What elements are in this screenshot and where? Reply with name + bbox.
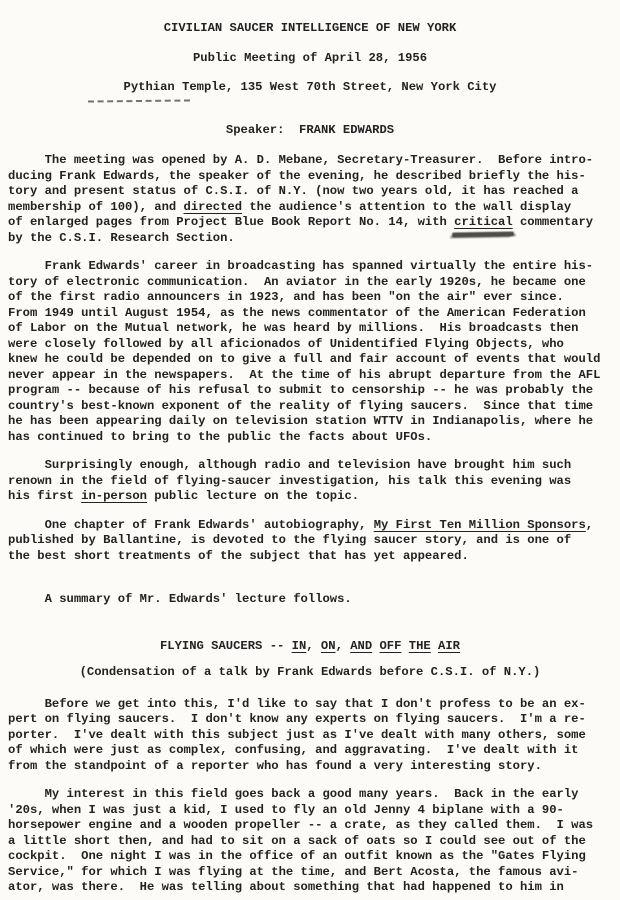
paragraph: Frank Edwards' career in broadcasting ha… [0, 259, 620, 445]
lecture-heading: FLYING SAUCERS -- IN, ON, AND OFF THE AI… [0, 639, 620, 655]
text-line: the best short treatments of the subject… [0, 549, 620, 565]
text-line: pert on flying saucers. I don't know any… [0, 712, 620, 728]
paragraph: Surprisingly enough, although radio and … [0, 458, 620, 505]
text-line: of the first radio announcers in 1923, a… [0, 290, 620, 306]
text-line: he has been appearing daily on televisio… [0, 414, 620, 430]
paragraph: Before we get into this, I'd like to say… [0, 697, 620, 775]
text-line: My interest in this field goes back a go… [0, 787, 620, 803]
text-line: tory and present status of C.S.I. of N.Y… [0, 184, 620, 200]
text-line: country's best-known exponent of the rea… [0, 399, 620, 415]
document-header: CIVILIAN SAUCER INTELLIGENCE OF NEW YORK… [0, 0, 620, 138]
lecture-section: Before we get into this, I'd like to say… [0, 697, 620, 896]
text-line: Surprisingly enough, although radio and … [0, 458, 620, 474]
text-line: of which were just as complex, confusing… [0, 743, 620, 759]
text-line: tory of electronic communication. An avi… [0, 275, 620, 291]
text-line: '20s, when I was just a kid, I used to f… [0, 803, 620, 819]
text-line: porter. I've dealt with this subject jus… [0, 728, 620, 744]
speaker-line: Speaker: FRANK EDWARDS [0, 123, 620, 139]
text-line: knew he could be depended on to give a f… [0, 352, 620, 368]
text-line: program -- because of his refusal to sub… [0, 383, 620, 399]
text-line: ator, was there. He was telling about so… [0, 880, 620, 896]
meeting-line: Public Meeting of April 28, 1956 [0, 51, 620, 67]
document-title: CIVILIAN SAUCER INTELLIGENCE OF NEW YORK [0, 21, 620, 37]
paragraph: One chapter of Frank Edwards' autobiogra… [0, 518, 620, 565]
text-line: published by Ballantine, is devoted to t… [0, 533, 620, 549]
venue-line: Pythian Temple, 135 West 70th Street, Ne… [0, 80, 620, 96]
paragraph: My interest in this field goes back a go… [0, 787, 620, 896]
paragraph: The meeting was opened by A. D. Mebane, … [0, 153, 620, 246]
text-line: One chapter of Frank Edwards' autobiogra… [0, 518, 620, 534]
text-line: has continued to bring to the public the… [0, 430, 620, 446]
text-line: by the C.S.I. Research Section. [0, 231, 620, 247]
text-line: a little short then, and had to sit on a… [0, 834, 620, 850]
lecture-subheading: (Condensation of a talk by Frank Edwards… [0, 665, 620, 681]
text-line: from the standpoint of a reporter who ha… [0, 759, 620, 775]
text-line: Service," for which I was flying at the … [0, 865, 620, 881]
text-line: of Labor on the Mutual network, he was h… [0, 321, 620, 337]
text-line: membership of 100), and directed the aud… [0, 200, 620, 216]
text-line: of enlarged pages from Project Blue Book… [0, 215, 620, 231]
text-line: cockpit. One night I was in the office o… [0, 849, 620, 865]
text-line: horsepower engine and a wooden propeller… [0, 818, 620, 834]
text-line: From 1949 until August 1954, as the news… [0, 306, 620, 322]
text-line: were closely followed by all aficionados… [0, 337, 620, 353]
text-line: renown in the field of flying-saucer inv… [0, 474, 620, 490]
text-line: his first in-person public lecture on th… [0, 489, 620, 505]
document-page: CIVILIAN SAUCER INTELLIGENCE OF NEW YORK… [0, 0, 620, 900]
summary-note: A summary of Mr. Edwards' lecture follow… [0, 592, 620, 608]
text-line: never appear in the newspapers. At the t… [0, 368, 620, 384]
text-line: ducing Frank Edwards, the speaker of the… [0, 169, 620, 185]
text-line: The meeting was opened by A. D. Mebane, … [0, 153, 620, 169]
text-line: Before we get into this, I'd like to say… [0, 697, 620, 713]
text-line: Frank Edwards' career in broadcasting ha… [0, 259, 620, 275]
intro-section: The meeting was opened by A. D. Mebane, … [0, 153, 620, 564]
